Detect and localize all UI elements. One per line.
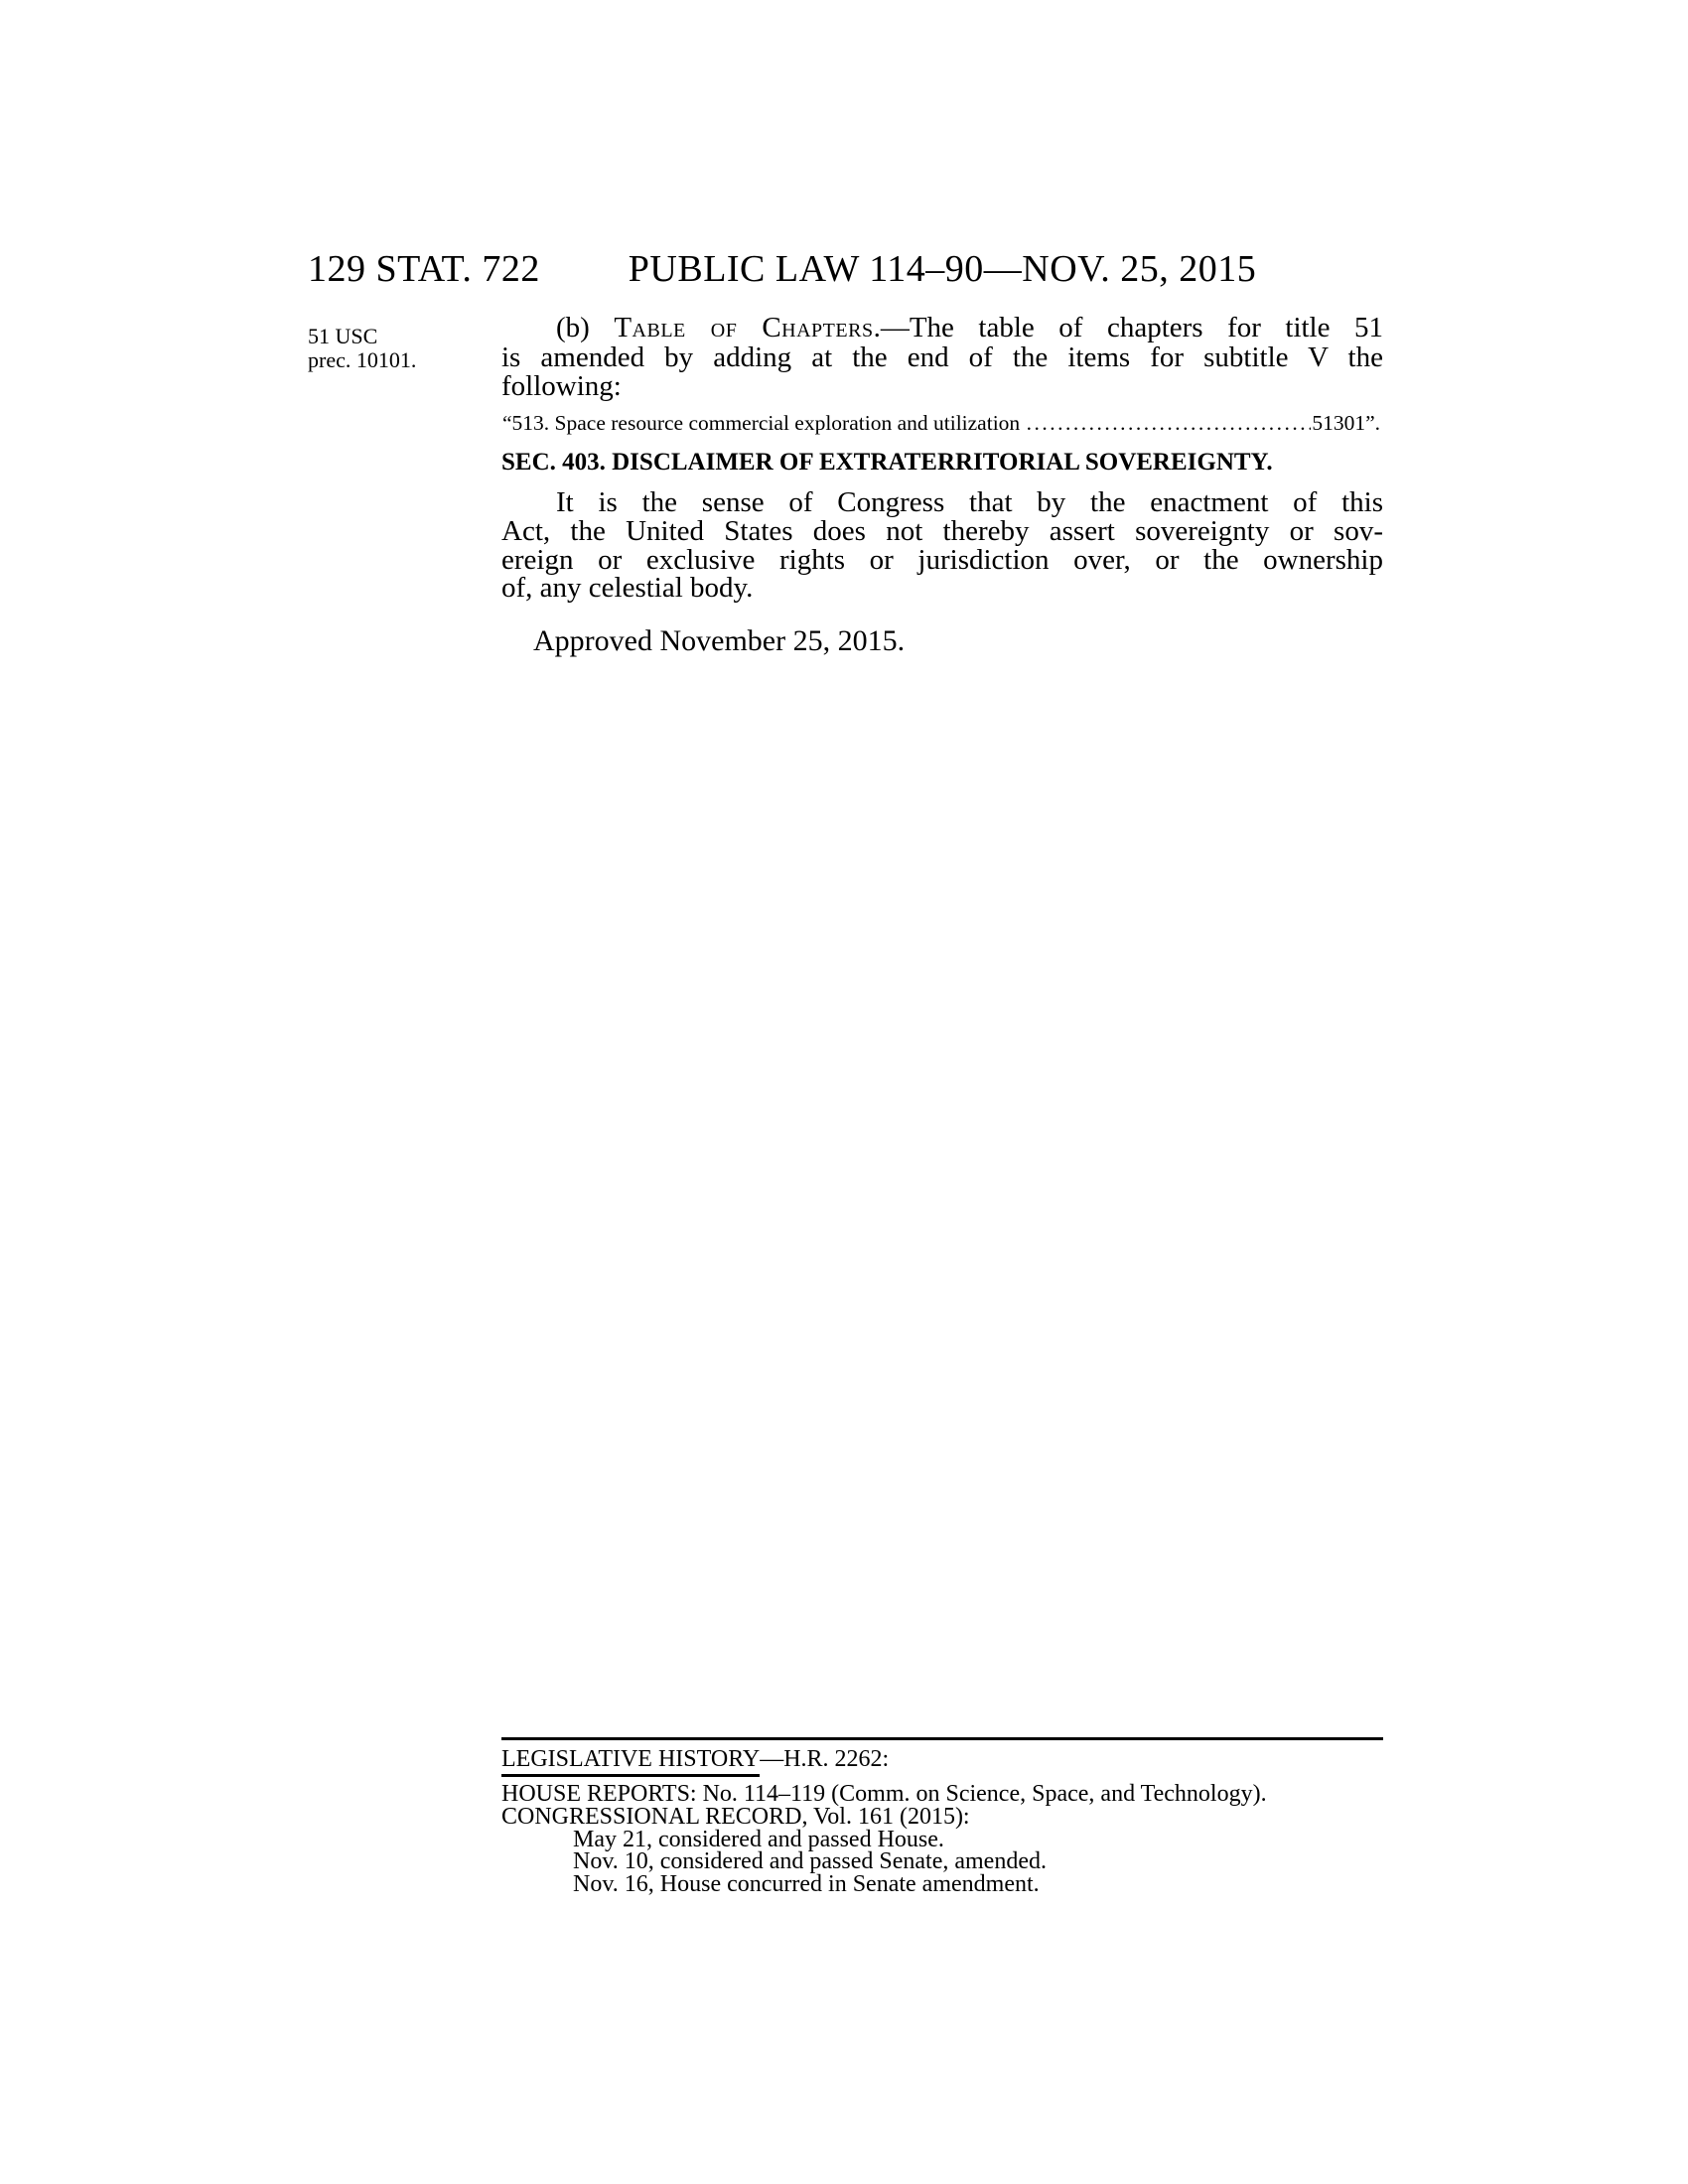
- legislative-history-bill-number: —H.R. 2262:: [760, 1746, 889, 1772]
- toc-leader-dots: ........................................…: [1027, 411, 1312, 435]
- margin-note-reference: prec. 10101.: [308, 348, 416, 372]
- toc-entry-line: “513. Space resource commercial explorat…: [502, 411, 1380, 435]
- legislative-history-title: LEGISLATIVE HISTORY—H.R. 2262:: [501, 1746, 1383, 1772]
- paragraph-line: Act, the United States does not thereby …: [501, 517, 1383, 546]
- section-403-heading: SEC. 403. DISCLAIMER OF EXTRATERRITORIAL…: [501, 449, 1383, 476]
- paragraph-line: following:: [501, 372, 1383, 402]
- legislative-history-rule: [501, 1737, 1383, 1740]
- section-403-paragraph: It is the sense of Congress that by the …: [501, 488, 1383, 603]
- house-reports-line: HOUSE REPORTS: No. 114–119 (Comm. on Sci…: [501, 1783, 1383, 1806]
- legislative-history-block: LEGISLATIVE HISTORY—H.R. 2262: HOUSE REP…: [501, 1746, 1383, 1896]
- subsection-title-smallcaps: Table of Chapters: [614, 312, 873, 343]
- subsection-b-paragraph: (b) Table of Chapters.—The table of chap…: [501, 314, 1383, 402]
- congressional-record-line: CONGRESSIONAL RECORD, Vol. 161 (2015):: [501, 1806, 1383, 1829]
- margin-note: 51 USC prec. 10101.: [308, 325, 416, 372]
- statute-page: { "running_head": { "stat_number": "129 …: [0, 0, 1688, 2184]
- history-entry: Nov. 10, considered and passed Senate, a…: [501, 1850, 1383, 1873]
- paragraph-line: is amended by adding at the end of the i…: [501, 343, 1383, 373]
- paragraph-line: ereign or exclusive rights or jurisdicti…: [501, 546, 1383, 575]
- history-entry: Nov. 16, House concurred in Senate amend…: [501, 1873, 1383, 1896]
- subsection-label: (b): [556, 312, 614, 343]
- paragraph-line: It is the sense of Congress that by the …: [501, 488, 1383, 517]
- paragraph-line: (b) Table of Chapters.—The table of chap…: [501, 314, 1383, 343]
- margin-note-citation: 51 USC: [308, 325, 416, 348]
- toc-entry-text: “513. Space resource commercial explorat…: [502, 411, 1026, 435]
- toc-page-reference: 51301”.: [1312, 411, 1380, 435]
- paragraph-text: .—The table of chapters for title 51: [874, 312, 1383, 343]
- public-law-header: PUBLIC LAW 114–90—NOV. 25, 2015: [501, 250, 1383, 288]
- legislative-history-title-underlined: LEGISLATIVE HISTORY: [501, 1746, 760, 1777]
- approval-line: Approved November 25, 2015.: [501, 625, 1415, 657]
- history-entry: May 21, considered and passed House.: [501, 1829, 1383, 1851]
- paragraph-line: of, any celestial body.: [501, 574, 1383, 603]
